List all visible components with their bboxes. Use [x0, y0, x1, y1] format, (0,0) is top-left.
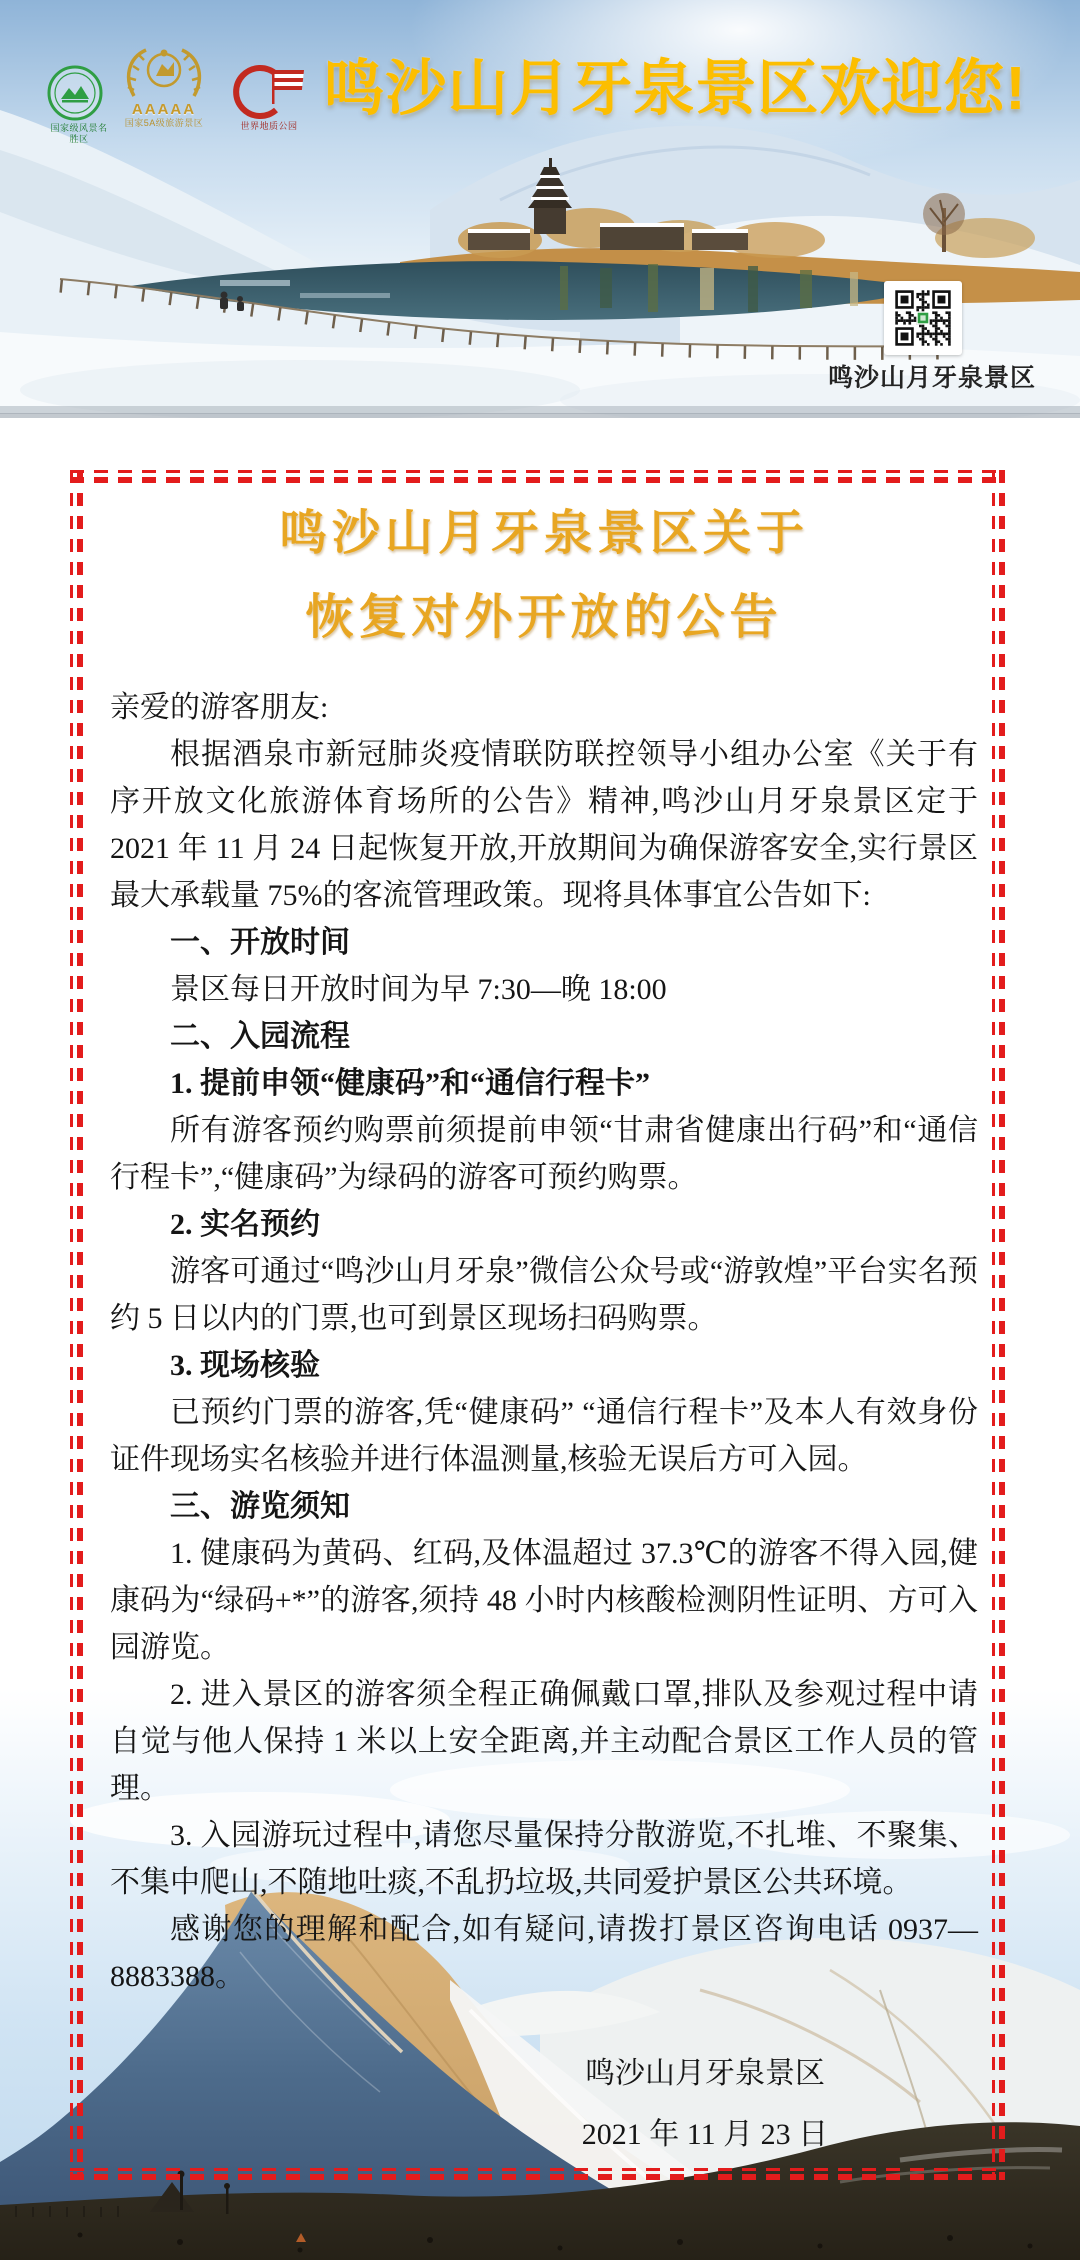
- qr-caption: 鸣沙山月牙泉景区: [736, 358, 1036, 394]
- para-onsite-check: 已预约门票的游客,凭“健康码” “通信行程卡”及本人有效身份证件现场实名核验并进…: [110, 1389, 978, 1483]
- national-scenic-area-emblem-icon: [46, 64, 104, 122]
- notice-title-line1: 鸣沙山月牙泉景区关于: [110, 492, 978, 576]
- notice-frame-left-outer: [70, 470, 73, 2180]
- signature-date: 2021 年 11 月 23 日: [410, 2111, 1000, 2158]
- header-banner-title: 鸣沙山月牙泉景区欢迎您!: [315, 48, 1035, 134]
- logo-geopark: 世界地质公园: [224, 62, 314, 132]
- logo-caption: 国家5A级旅游景区: [116, 118, 212, 129]
- 5a-wreath-icon: [116, 44, 212, 102]
- para-health-code: 所有游客预约购票前须提前申领“甘肃省健康出行码”和“通信行程卡”,“健康码”为绿…: [110, 1107, 978, 1201]
- notice-frame-left-inner: [77, 470, 83, 2180]
- qr-pattern-icon: [888, 285, 958, 351]
- para-real-name-booking: 游客可通过“鸣沙山月牙泉”微信公众号或“游敦煌”平台实名预约 5 日以内的门票,…: [110, 1248, 978, 1342]
- logo-national-scenic-area: 国家级风景名胜区: [46, 64, 112, 145]
- notice-frame-bottom-inner: [70, 2174, 1005, 2180]
- para-thanks: 感谢您的理解和配合,如有疑问,请拨打景区咨询电话 0937—8883388。: [110, 1906, 978, 2000]
- sub-3-onsite-check: 3. 现场核验: [110, 1342, 978, 1389]
- signature-name: 鸣沙山月牙泉景区: [410, 2050, 1000, 2097]
- section-1-opening-hours: 一、开放时间: [110, 919, 978, 966]
- notice-content: 鸣沙山月牙泉景区关于 恢复对外开放的公告 亲爱的游客朋友: 根据酒泉市新冠肺炎疫…: [110, 492, 978, 2158]
- notice-frame-right-outer: [999, 470, 1005, 2180]
- notice-frame-right-inner: [992, 470, 995, 2180]
- para-salutation: 亲爱的游客朋友:: [110, 684, 978, 731]
- notice-frame-top-outer: [70, 470, 1005, 473]
- notice-title-line2: 恢复对外开放的公告: [110, 576, 978, 660]
- notice-body: 亲爱的游客朋友: 根据酒泉市新冠肺炎疫情联防联控领导小组办公室《关于有序开放文化…: [110, 684, 978, 2000]
- sub-1-health-code: 1. 提前申领“健康码”和“通信行程卡”: [110, 1060, 978, 1107]
- section-3-visitor-notes: 三、游览须知: [110, 1483, 978, 1530]
- para-opening-hours: 景区每日开放时间为早 7:30—晚 18:00: [110, 966, 978, 1013]
- para-note-3: 3. 入园游玩过程中,请您尽量保持分散游览,不扎堆、不聚集、不集中爬山,不随地吐…: [110, 1812, 978, 1906]
- logo-caption: 国家级风景名胜区: [46, 123, 112, 145]
- qr-code: [884, 281, 962, 355]
- logo-aaaaa-badge: AAAAA: [116, 102, 212, 117]
- header-photo: 国家级风景名胜区 AAAAA 国家5A级旅游景区: [0, 0, 1080, 418]
- geopark-emblem-icon: [224, 62, 314, 120]
- notice-frame-top-inner: [70, 477, 1005, 483]
- section-2-entry-process: 二、入园流程: [110, 1013, 978, 1060]
- notice-frame-bottom-outer: [70, 2168, 1005, 2171]
- page: 国家级风景名胜区 AAAAA 国家5A级旅游景区: [0, 0, 1080, 2260]
- sub-2-real-name-booking: 2. 实名预约: [110, 1201, 978, 1248]
- signature-block: 鸣沙山月牙泉景区 2021 年 11 月 23 日: [410, 2050, 1000, 2158]
- para-note-1: 1. 健康码为黄码、红码,及体温超过 37.3℃的游客不得入园,健康码为“绿码+…: [110, 1530, 978, 1671]
- para-intro: 根据酒泉市新冠肺炎疫情联防联控领导小组办公室《关于有序开放文化旅游体育场所的公告…: [110, 731, 978, 919]
- logo-caption: 世界地质公园: [224, 121, 314, 132]
- para-note-2: 2. 进入景区的游客须全程正确佩戴口罩,排队及参观过程中请自觉与他人保持 1 米…: [110, 1671, 978, 1812]
- logo-5a-scenic-area: AAAAA 国家5A级旅游景区: [116, 44, 212, 129]
